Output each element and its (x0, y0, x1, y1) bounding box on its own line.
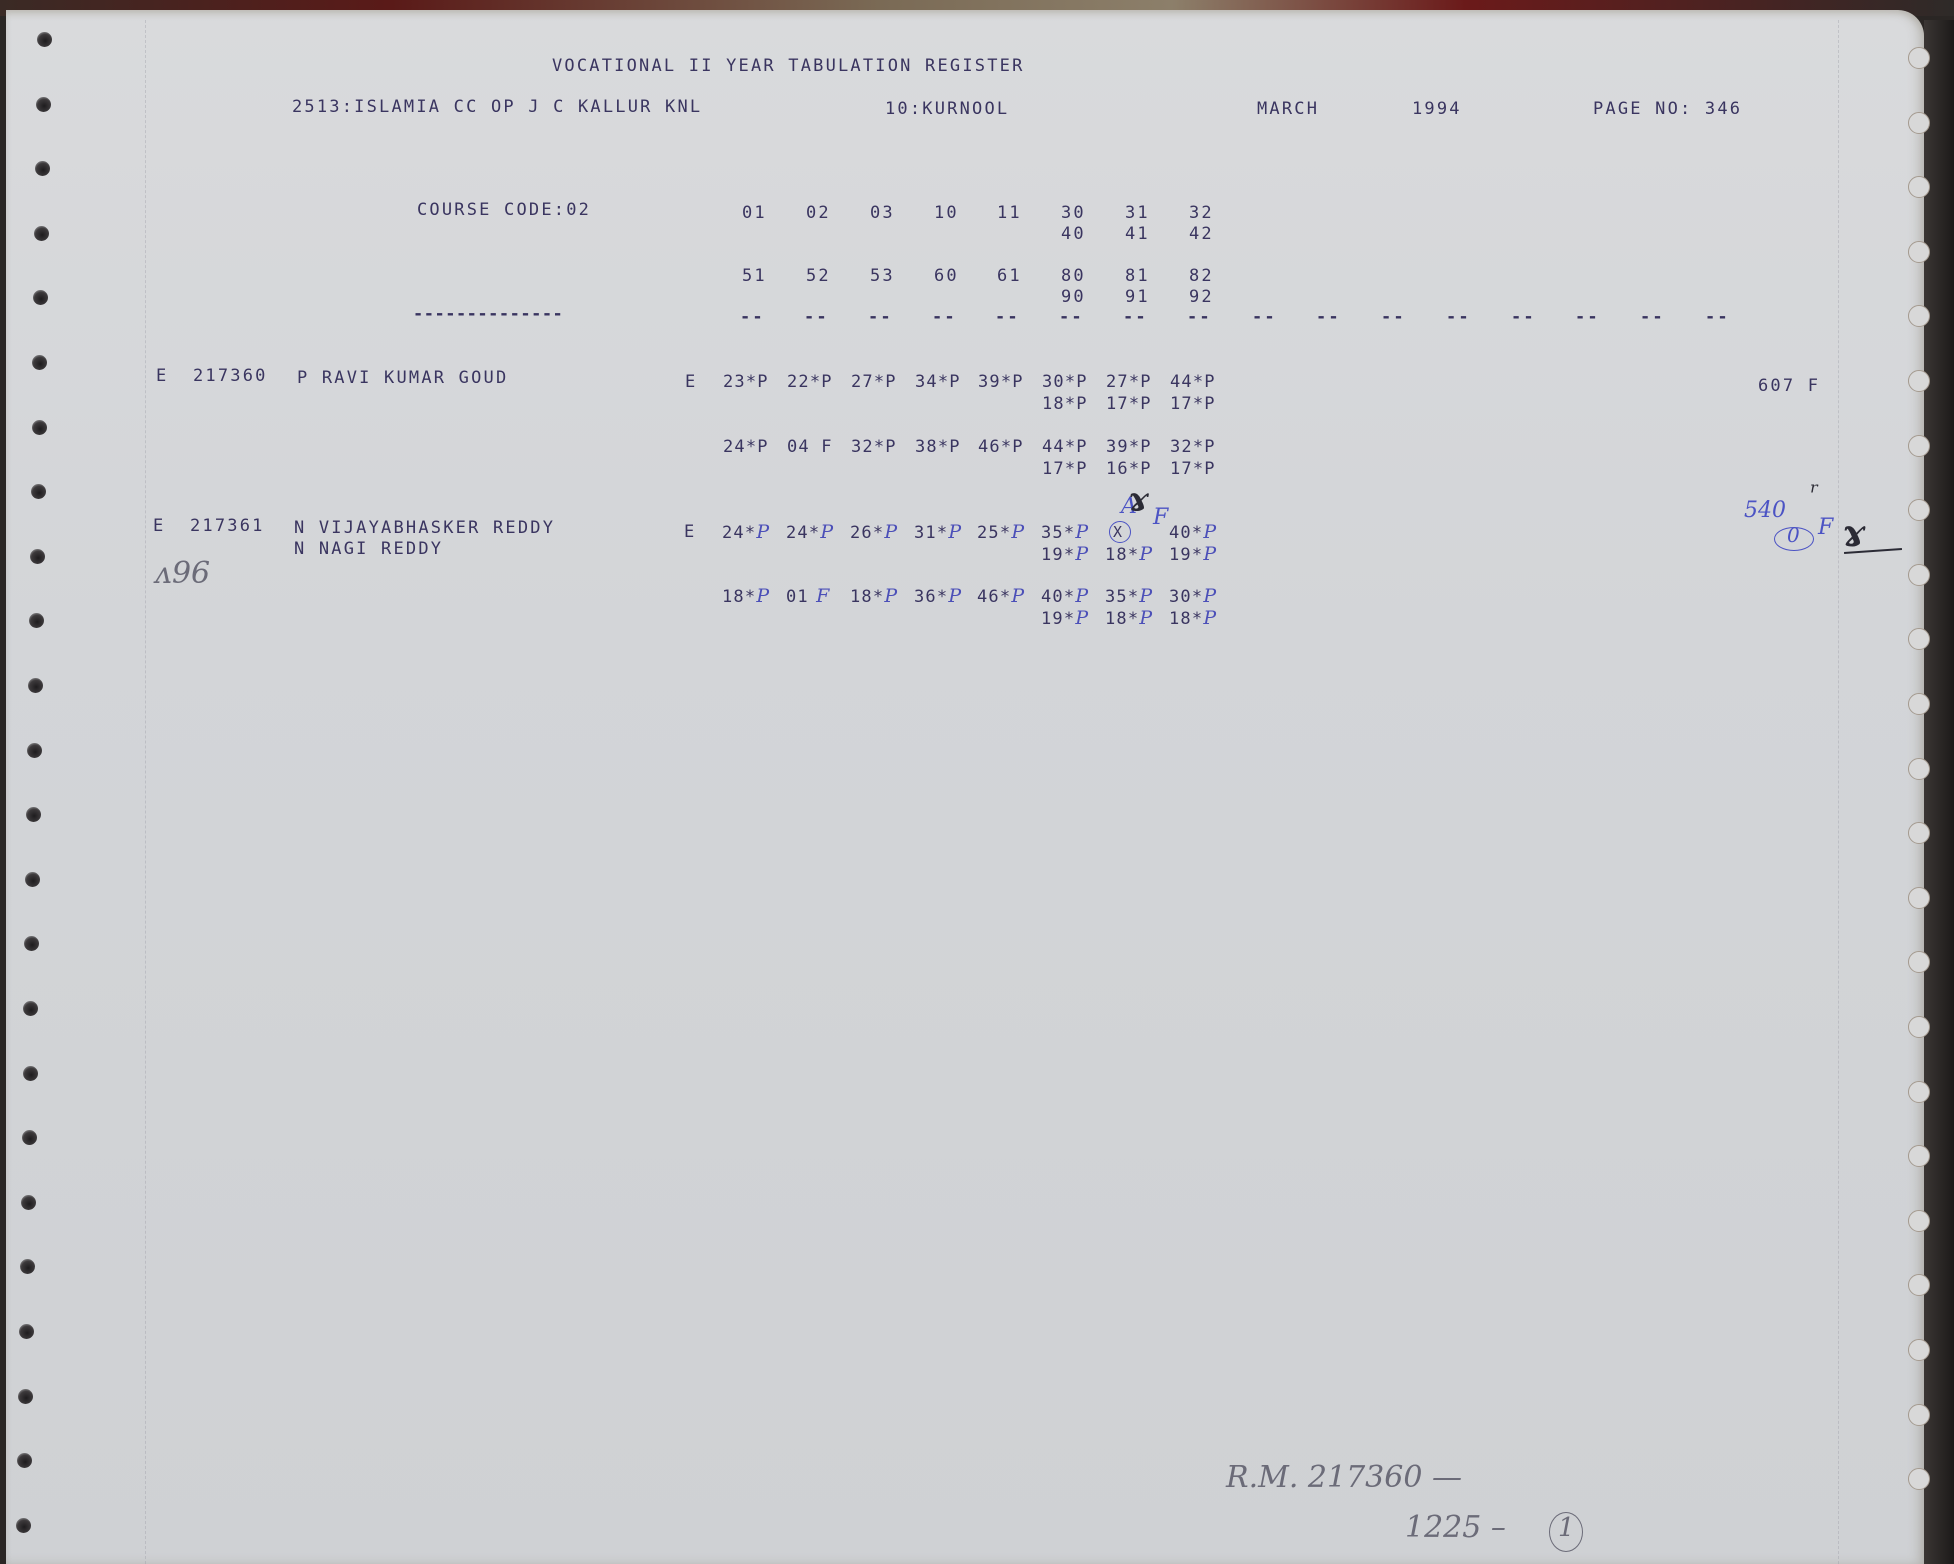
punched-hole (32, 420, 47, 435)
subject-mark: 27*P (851, 372, 897, 392)
student-2-name: N VIJAYABHASKER REDDY (294, 518, 555, 538)
column-dash: -- (995, 307, 1020, 327)
punched-hole (21, 1195, 36, 1210)
bottom-circled-number: 1 (1558, 1513, 1575, 1543)
punched-hole (32, 355, 47, 370)
subject-mark: 19*P (1169, 544, 1217, 565)
course-code-label: COURSE CODE:02 (417, 200, 591, 220)
student-1-medium: E (685, 372, 697, 392)
punched-hole (1908, 112, 1930, 134)
column-dash: -- (1511, 307, 1536, 327)
header-separator: -------------- (413, 304, 563, 324)
punched-hole (23, 1066, 38, 1081)
exam-year: 1994 (1412, 99, 1462, 119)
handwritten-result-mark: P (1075, 607, 1089, 629)
punched-hole (1908, 1404, 1930, 1426)
handwritten-fail-result: F (1818, 515, 1833, 540)
handwritten-initials-signature: ɤ (1128, 480, 1148, 518)
punched-hole (1908, 241, 1930, 263)
handwritten-result-mark: P (820, 521, 834, 543)
subject-code: 91 (1125, 287, 1150, 307)
handwritten-result-mark: P (1075, 521, 1089, 543)
handwritten-result-mark: P (1203, 543, 1217, 565)
subject-mark: 01 F (786, 586, 831, 607)
punched-hole (27, 743, 42, 758)
subject-mark: 22*P (787, 372, 833, 392)
handwritten-result-mark: P (1139, 585, 1153, 607)
punched-hole (1908, 564, 1930, 586)
subject-mark: 18*P (722, 586, 770, 607)
punched-hole (28, 678, 43, 693)
subject-code: 82 (1189, 266, 1214, 286)
subject-mark: 34*P (915, 372, 961, 392)
handwritten-result-mark: P (1011, 585, 1025, 607)
handwritten-result-mark: P (1203, 607, 1217, 629)
punched-hole (37, 32, 52, 47)
column-dash: -- (1059, 307, 1084, 327)
handwritten-tick: ʳ (1810, 478, 1819, 508)
subject-mark: 44*P (1042, 437, 1088, 457)
margin-handwritten-note: ᴧ96 (155, 556, 210, 591)
subject-mark: 30*P (1042, 372, 1088, 392)
subject-mark: 19*P (1041, 608, 1089, 629)
subject-mark: 18*P (1105, 608, 1153, 629)
subject-mark: 24*P (723, 437, 769, 457)
column-dash: -- (868, 307, 893, 327)
handwritten-result-mark: P (1075, 543, 1089, 565)
register-title: VOCATIONAL II YEAR TABULATION REGISTER (552, 56, 1025, 76)
column-dash: -- (1705, 307, 1730, 327)
handwritten-revised-total: 540 (1744, 498, 1786, 523)
punched-hole (18, 1389, 33, 1404)
punched-hole (1908, 47, 1930, 69)
subject-mark: 30*P (1169, 586, 1217, 607)
subject-mark: 18*P (850, 586, 898, 607)
column-dash: -- (1575, 307, 1600, 327)
right-perforation-line (1838, 20, 1839, 1564)
punched-hole (36, 97, 51, 112)
punched-hole (1908, 758, 1930, 780)
subject-mark: 18*P (1105, 544, 1153, 565)
subject-code: 02 (806, 203, 831, 223)
student-2-father-name: N NAGI REDDY (294, 539, 443, 559)
student-2-hall-ticket: 217361 (190, 516, 265, 536)
subject-code: 61 (997, 266, 1022, 286)
punched-hole (1908, 887, 1930, 909)
page-number: PAGE NO: 346 (1593, 99, 1742, 119)
subject-mark: 04 F (787, 437, 833, 457)
punched-hole (16, 1518, 31, 1533)
handwritten-f-mark: F (1153, 505, 1168, 530)
subject-mark: 16*P (1106, 459, 1152, 479)
handwritten-signature-right: ɤ (1842, 512, 1865, 554)
column-dash: -- (740, 307, 765, 327)
subject-mark: 26*P (850, 522, 898, 543)
student-1-name: P RAVI KUMAR GOUD (297, 368, 508, 388)
subject-mark: 32*P (851, 437, 897, 457)
subject-code: 10 (934, 203, 959, 223)
district-name: 10:KURNOOL (885, 99, 1009, 119)
subject-mark: 19*P (1041, 544, 1089, 565)
subject-mark: 40*P (1169, 522, 1217, 543)
student-1-category: E (156, 366, 168, 386)
handwritten-result-mark: P (884, 521, 898, 543)
column-dash: -- (804, 307, 829, 327)
column-dash: -- (1187, 307, 1212, 327)
column-dash: -- (1381, 307, 1406, 327)
handwritten-result-mark: F (809, 585, 831, 607)
subject-code: 32 (1189, 203, 1214, 223)
student-2-category: E (153, 516, 165, 536)
punched-hole (1908, 370, 1930, 392)
subject-code: 53 (870, 266, 895, 286)
handwritten-result-mark: P (1011, 521, 1025, 543)
punched-hole (34, 226, 49, 241)
subject-mark: 24*P (722, 522, 770, 543)
subject-mark: 44*P (1170, 372, 1216, 392)
punched-hole (1908, 1016, 1930, 1038)
handwritten-result-mark: P (884, 585, 898, 607)
subject-mark: 23*P (723, 372, 769, 392)
subject-mark: 38*P (915, 437, 961, 457)
subject-mark: 17*P (1106, 394, 1152, 414)
subject-mark: 35*P (1041, 522, 1089, 543)
subject-mark: 31*P (914, 522, 962, 543)
handwritten-circled-zero: 0 (1787, 523, 1800, 547)
punched-hole (1908, 1081, 1930, 1103)
subject-code: 52 (806, 266, 831, 286)
handwritten-result-mark: P (948, 585, 962, 607)
subject-mark: 32*P (1170, 437, 1216, 457)
subject-mark: 35*P (1105, 586, 1153, 607)
punched-hole (1908, 1210, 1930, 1232)
student-1-hall-ticket: 217360 (193, 366, 268, 386)
bottom-handwritten-count: 1225 – (1405, 1510, 1506, 1545)
subject-mark: 17*P (1042, 459, 1088, 479)
subject-mark: 18*P (1169, 608, 1217, 629)
subject-code: 60 (934, 266, 959, 286)
column-dash: -- (1446, 307, 1471, 327)
punched-hole (19, 1324, 34, 1339)
column-dash: -- (1316, 307, 1341, 327)
subject-mark: 46*P (978, 437, 1024, 457)
column-dash: -- (932, 307, 957, 327)
subject-mark: 46*P (977, 586, 1025, 607)
punched-hole (25, 872, 40, 887)
subject-mark: 17*P (1170, 394, 1216, 414)
subject-mark: 18*P (1042, 394, 1088, 414)
handwritten-result-mark: P (1139, 543, 1153, 565)
column-dash: -- (1252, 307, 1277, 327)
punched-hole (1908, 1339, 1930, 1361)
handwritten-result-mark: P (756, 521, 770, 543)
subject-code: 30 (1061, 203, 1086, 223)
handwritten-result-mark: P (1075, 585, 1089, 607)
student-2-medium: E (684, 522, 696, 542)
punched-hole (30, 549, 45, 564)
subject-mark: 40*P (1041, 586, 1089, 607)
handwritten-result-mark: P (1203, 585, 1217, 607)
punched-hole (1908, 693, 1930, 715)
subject-code: 92 (1189, 287, 1214, 307)
punched-hole (1908, 435, 1930, 457)
subject-mark: 25*P (977, 522, 1025, 543)
exam-month: MARCH (1257, 99, 1319, 119)
subject-mark: 36*P (914, 586, 962, 607)
punched-hole (23, 1001, 38, 1016)
column-dash: -- (1123, 307, 1148, 327)
subject-code: 11 (997, 203, 1022, 223)
register-page (6, 10, 1924, 1564)
subject-code: 40 (1061, 224, 1086, 244)
handwritten-result-mark: P (756, 585, 770, 607)
subject-code: 01 (742, 203, 767, 223)
subject-code: 81 (1125, 266, 1150, 286)
subject-mark: 17*P (1170, 459, 1216, 479)
subject-mark: 27*P (1106, 372, 1152, 392)
subject-code: 42 (1189, 224, 1214, 244)
subject-code: 41 (1125, 224, 1150, 244)
subject-code: 80 (1061, 266, 1086, 286)
subject-mark: 24*P (786, 522, 834, 543)
subject-code: 51 (742, 266, 767, 286)
handwritten-result-mark: P (1139, 607, 1153, 629)
bottom-handwritten-reference: R.M. 217360 — (1226, 1460, 1462, 1495)
college-name: 2513:ISLAMIA CC OP J C KALLUR KNL (292, 97, 702, 117)
subject-code: 31 (1125, 203, 1150, 223)
column-dash: -- (1640, 307, 1665, 327)
handwritten-result-mark: P (1203, 521, 1217, 543)
handwritten-result-mark: P (948, 521, 962, 543)
subject-code: 90 (1061, 287, 1086, 307)
subject-mark: 39*P (1106, 437, 1152, 457)
subject-code: 03 (870, 203, 895, 223)
left-perforation-line (145, 20, 146, 1564)
student-1-total-result: 607 F (1758, 376, 1820, 396)
subject-mark: 39*P (978, 372, 1024, 392)
